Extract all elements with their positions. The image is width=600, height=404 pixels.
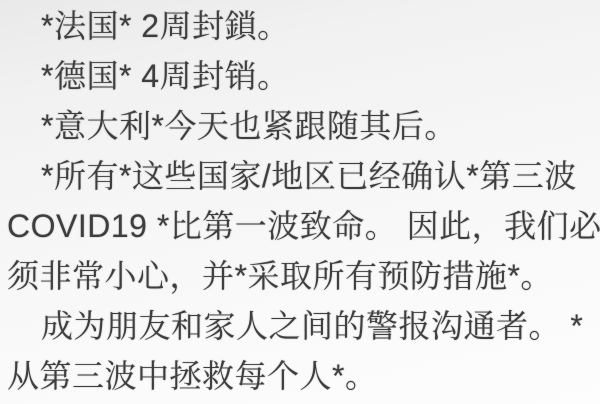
text-line-7: 成为朋友和家人之间的警报沟通者。 *	[7, 301, 600, 351]
text-line-4: *所有*这些国家/地区已经确认*第三波	[7, 151, 600, 201]
text-line-5: COVID19 *比第一波致命。 因此，我们必	[7, 201, 600, 251]
text-block: *法国* 2周封鎖。 *德国* 4周封销。 *意大利*今天也紧跟随其后。 *所有…	[0, 1, 600, 401]
text-line-2: *德国* 4周封销。	[7, 51, 600, 101]
text-line-8: 从第三波中拯救每个人*。	[7, 351, 600, 401]
text-line-1: *法国* 2周封鎖。	[7, 1, 600, 51]
text-screenshot: *法国* 2周封鎖。 *德国* 4周封销。 *意大利*今天也紧跟随其后。 *所有…	[0, 0, 600, 404]
text-line-3: *意大利*今天也紧跟随其后。	[7, 101, 600, 151]
text-line-6: 须非常小心，并*采取所有预防措施*。	[7, 251, 600, 301]
